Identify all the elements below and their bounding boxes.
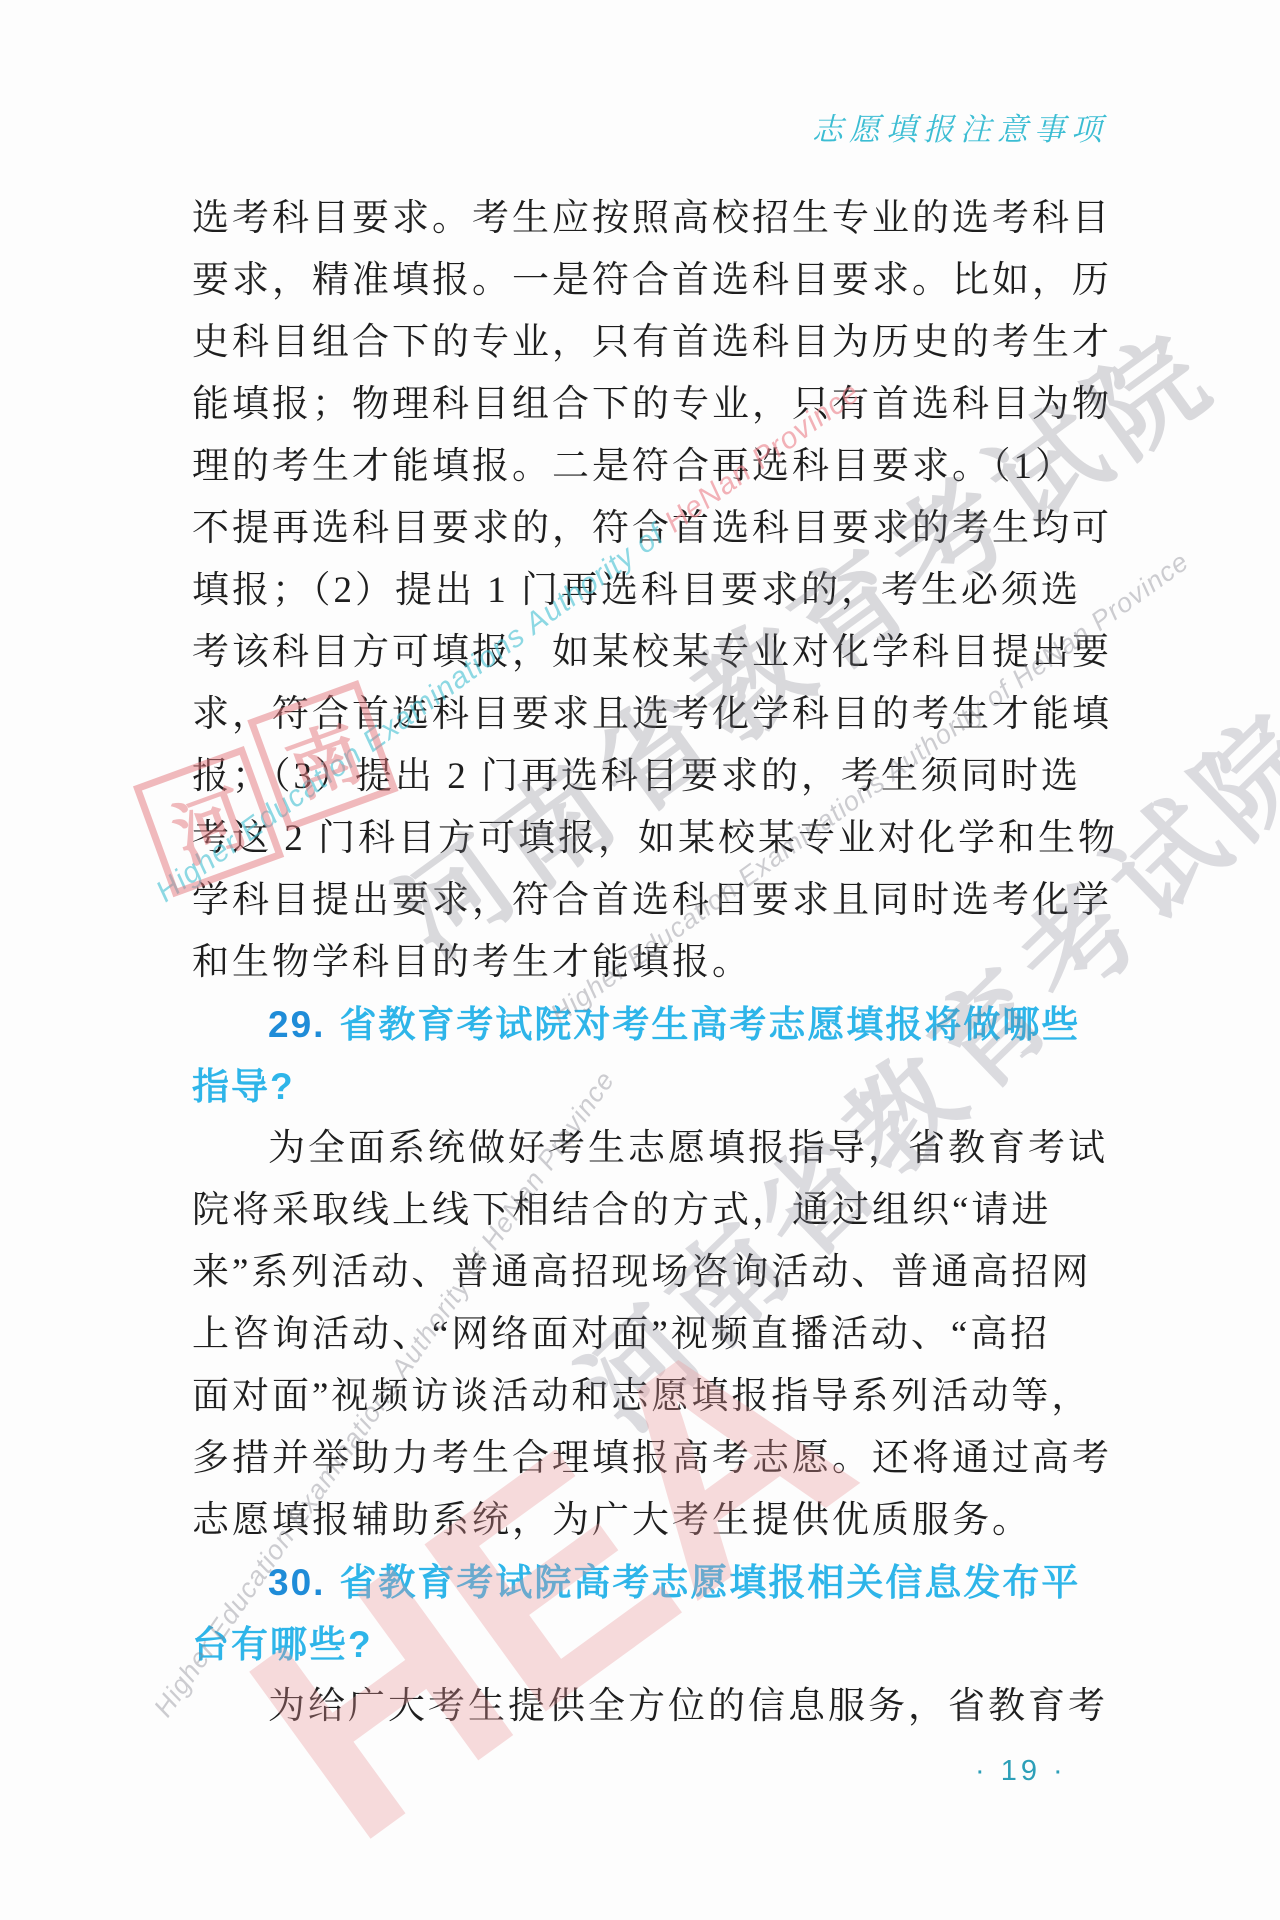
body-line: 来”系列活动、普通高招现场咨询活动、普通高招网 (192, 1242, 1102, 1304)
book-page: 志愿填报注意事项 选考科目要求。考生应按照高校招生专业的选考科目 要求，精准填报… (0, 0, 1280, 1920)
body-line: 面对面”视频访谈活动和志愿填报指导系列活动等， (192, 1366, 1102, 1428)
question-30-heading: 30.省教育考试院高考志愿填报相关信息发布平 (192, 1552, 1102, 1614)
running-head: 志愿填报注意事项 (812, 104, 1108, 149)
body-line: 和生物学科目的考生才能填报。 (192, 932, 1102, 994)
body-line: 考这 2 门科目方可填报，如某校某专业对化学和生物 (192, 808, 1102, 870)
question-29-heading-line2: 指导? (192, 1056, 1102, 1118)
body-line: 能填报；物理科目组合下的专业，只有首选科目为物 (192, 374, 1102, 436)
body-line: 为给广大考生提供全方位的信息服务，省教育考 (192, 1676, 1102, 1738)
question-29-heading: 29.省教育考试院对考生高考志愿填报将做哪些 (192, 994, 1102, 1056)
body-line: 院将采取线上线下相结合的方式，通过组织“请进 (192, 1180, 1102, 1242)
body-line: 报；（3）提出 2 门再选科目要求的，考生须同时选 (192, 746, 1102, 808)
question-30-number: 30. (268, 1562, 325, 1603)
body-line: 学科目提出要求，符合首选科目要求且同时选考化学 (192, 870, 1102, 932)
body-line: 多措并举助力考生合理填报高考志愿。还将通过高考 (192, 1428, 1102, 1490)
question-29-title: 省教育考试院对考生高考志愿填报将做哪些 (339, 1004, 1080, 1045)
body-line: 史科目组合下的专业，只有首选科目为历史的考生才 (192, 312, 1102, 374)
body-line: 考该科目方可填报，如某校某专业对化学科目提出要 (192, 622, 1102, 684)
body-line: 理的考生才能填报。二是符合再选科目要求。（1） (192, 436, 1102, 498)
body-line: 求，符合首选科目要求且选考化学科目的考生才能填 (192, 684, 1102, 746)
body-line: 要求，精准填报。一是符合首选科目要求。比如，历 (192, 250, 1102, 312)
body-line: 选考科目要求。考生应按照高校招生专业的选考科目 (192, 188, 1102, 250)
page-number: · 19 · (975, 1755, 1067, 1788)
body-line: 不提再选科目要求的，符合首选科目要求的考生均可 (192, 498, 1102, 560)
question-29-number: 29. (268, 1004, 325, 1045)
body-line: 为全面系统做好考生志愿填报指导，省教育考试 (192, 1118, 1102, 1180)
body-line: 上咨询活动、“网络面对面”视频直播活动、“高招 (192, 1304, 1102, 1366)
question-30-title: 省教育考试院高考志愿填报相关信息发布平 (339, 1562, 1080, 1603)
body-text: 选考科目要求。考生应按照高校招生专业的选考科目 要求，精准填报。一是符合首选科目… (192, 188, 1102, 1738)
question-30-heading-line2: 台有哪些? (192, 1614, 1102, 1676)
body-line: 填报；（2）提出 1 门再选科目要求的，考生必须选 (192, 560, 1102, 622)
body-line: 志愿填报辅助系统，为广大考生提供优质服务。 (192, 1490, 1102, 1552)
